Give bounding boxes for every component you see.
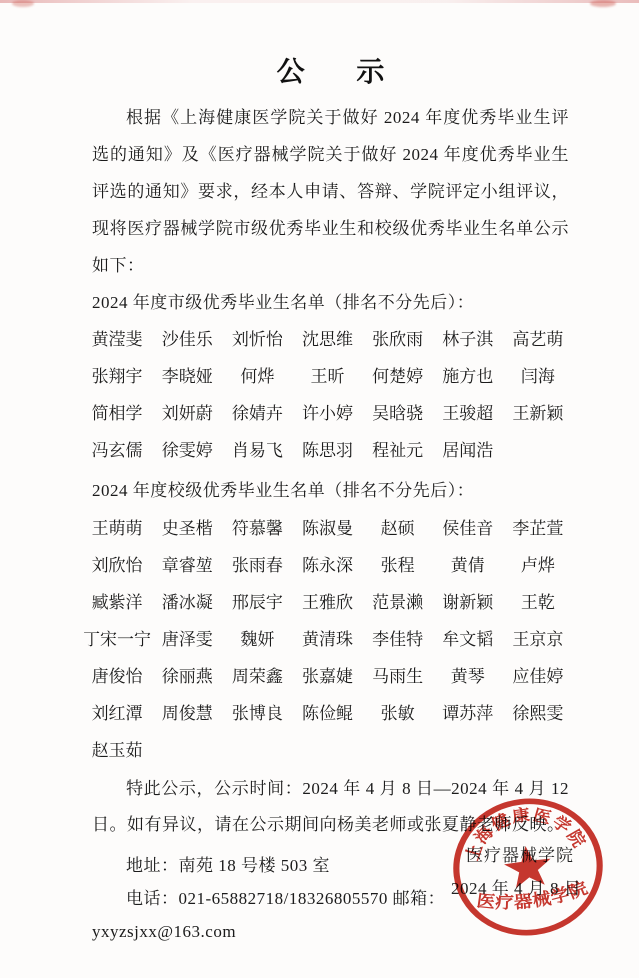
graduate-name: 沙佳乐 <box>152 321 222 358</box>
graduate-name: 黄滢斐 <box>82 321 152 358</box>
graduate-name: 许小婷 <box>292 395 362 432</box>
graduate-name: 唐俊怡 <box>82 658 152 695</box>
graduate-name: 唐泽雯 <box>152 621 222 658</box>
graduate-name: 徐熙雯 <box>503 695 573 732</box>
graduate-name: 张欣雨 <box>363 321 433 358</box>
notice-document: 公 示 根据《上海健康医学院关于做好 2024 年度优秀毕业生评选的通知》及《医… <box>0 0 639 978</box>
graduate-name: 刘欣怡 <box>82 547 152 584</box>
graduate-name: 徐雯婷 <box>152 432 222 469</box>
graduate-name: 高艺萌 <box>503 321 573 358</box>
graduate-name: 王乾 <box>503 584 573 621</box>
graduate-name: 王京京 <box>503 621 573 658</box>
graduate-name: 卢烨 <box>503 547 573 584</box>
graduate-name: 李晓娅 <box>152 358 222 395</box>
graduate-name: 丁宋一宁 <box>82 621 152 658</box>
graduate-name: 史圣楷 <box>152 510 222 547</box>
graduate-name: 冯玄儒 <box>82 432 152 469</box>
seal-star <box>502 843 554 889</box>
graduate-name: 谭苏萍 <box>433 695 503 732</box>
graduate-name: 黄倩 <box>433 547 503 584</box>
graduate-name: 程祉元 <box>363 432 433 469</box>
graduate-name: 吴晗骁 <box>363 395 433 432</box>
graduate-name: 张嘉婕 <box>292 658 362 695</box>
graduate-name: 王雅欣 <box>292 584 362 621</box>
graduate-name: 何烨 <box>222 358 292 395</box>
graduate-name: 臧紫洋 <box>82 584 152 621</box>
intro-paragraph: 根据《上海健康医学院关于做好 2024 年度优秀毕业生评选的通知》及《医疗器械学… <box>92 99 569 284</box>
graduate-name: 张翔宇 <box>82 358 152 395</box>
graduate-name: 王新颖 <box>503 395 573 432</box>
graduate-name: 侯佳音 <box>433 510 503 547</box>
graduate-name: 闫海 <box>503 358 573 395</box>
graduate-name: 张程 <box>363 547 433 584</box>
graduate-name: 李芷萱 <box>503 510 573 547</box>
graduate-name: 简相学 <box>82 395 152 432</box>
graduate-name: 施方也 <box>433 358 503 395</box>
graduate-name: 黄清珠 <box>292 621 362 658</box>
graduate-name: 邢辰宇 <box>222 584 292 621</box>
graduate-name: 王骏超 <box>433 395 503 432</box>
graduate-name: 居闻浩 <box>433 432 503 469</box>
graduate-name: 谢新颖 <box>433 584 503 621</box>
graduate-name: 周俊慧 <box>152 695 222 732</box>
graduate-name: 徐丽燕 <box>152 658 222 695</box>
graduate-name: 刘红潭 <box>82 695 152 732</box>
graduate-name: 张雨春 <box>222 547 292 584</box>
graduate-name: 赵玉茹 <box>82 732 152 769</box>
graduate-name: 陈淑曼 <box>292 510 362 547</box>
graduate-name: 应佳婷 <box>503 658 573 695</box>
graduate-name: 章睿堃 <box>152 547 222 584</box>
seal-bottom-text: 医疗器械学院 <box>473 876 592 917</box>
graduate-name: 符慕馨 <box>222 510 292 547</box>
red-smudge-left <box>12 0 34 7</box>
graduate-name: 周荣鑫 <box>222 658 292 695</box>
municipal-name-grid: 黄滢斐沙佳乐刘忻怡沈思维张欣雨林子淇高艺萌张翔宇李晓娅何烨王昕何楚婷施方也闫海简… <box>82 321 573 469</box>
notice-title: 公 示 <box>92 50 569 90</box>
graduate-name: 王萌萌 <box>82 510 152 547</box>
graduate-name: 肖易飞 <box>222 432 292 469</box>
school-name-grid: 王萌萌史圣楷符慕馨陈淑曼赵硕侯佳音李芷萱刘欣怡章睿堃张雨春陈永深张程黄倩卢烨臧紫… <box>82 510 573 769</box>
red-smudge-right <box>590 0 616 7</box>
graduate-name: 刘妍蔚 <box>152 395 222 432</box>
graduate-name: 张博良 <box>222 695 292 732</box>
graduate-name: 黄琴 <box>433 658 503 695</box>
graduate-name: 潘冰凝 <box>152 584 222 621</box>
graduate-name: 牟文韬 <box>433 621 503 658</box>
graduate-name: 刘忻怡 <box>222 321 292 358</box>
official-seal: 上海健康医学院 医疗器械学院 <box>439 784 618 951</box>
graduate-name: 马雨生 <box>363 658 433 695</box>
graduate-name: 陈永深 <box>292 547 362 584</box>
graduate-name: 张敏 <box>363 695 433 732</box>
graduate-name: 李佳特 <box>363 621 433 658</box>
graduate-name: 魏妍 <box>222 621 292 658</box>
graduate-name: 林子淇 <box>433 321 503 358</box>
graduate-name: 沈思维 <box>292 321 362 358</box>
graduate-name: 王昕 <box>292 358 362 395</box>
graduate-name: 范景濑 <box>363 584 433 621</box>
graduate-name: 何楚婷 <box>363 358 433 395</box>
graduate-name: 陈俭鲲 <box>292 695 362 732</box>
graduate-name: 赵硕 <box>363 510 433 547</box>
municipal-list-heading: 2024 年度市级优秀毕业生名单（排名不分先后）： <box>92 285 569 321</box>
school-list-heading: 2024 年度校级优秀毕业生名单（排名不分先后）： <box>92 472 569 510</box>
graduate-name: 陈思羽 <box>292 432 362 469</box>
graduate-name: 徐婧卉 <box>222 395 292 432</box>
